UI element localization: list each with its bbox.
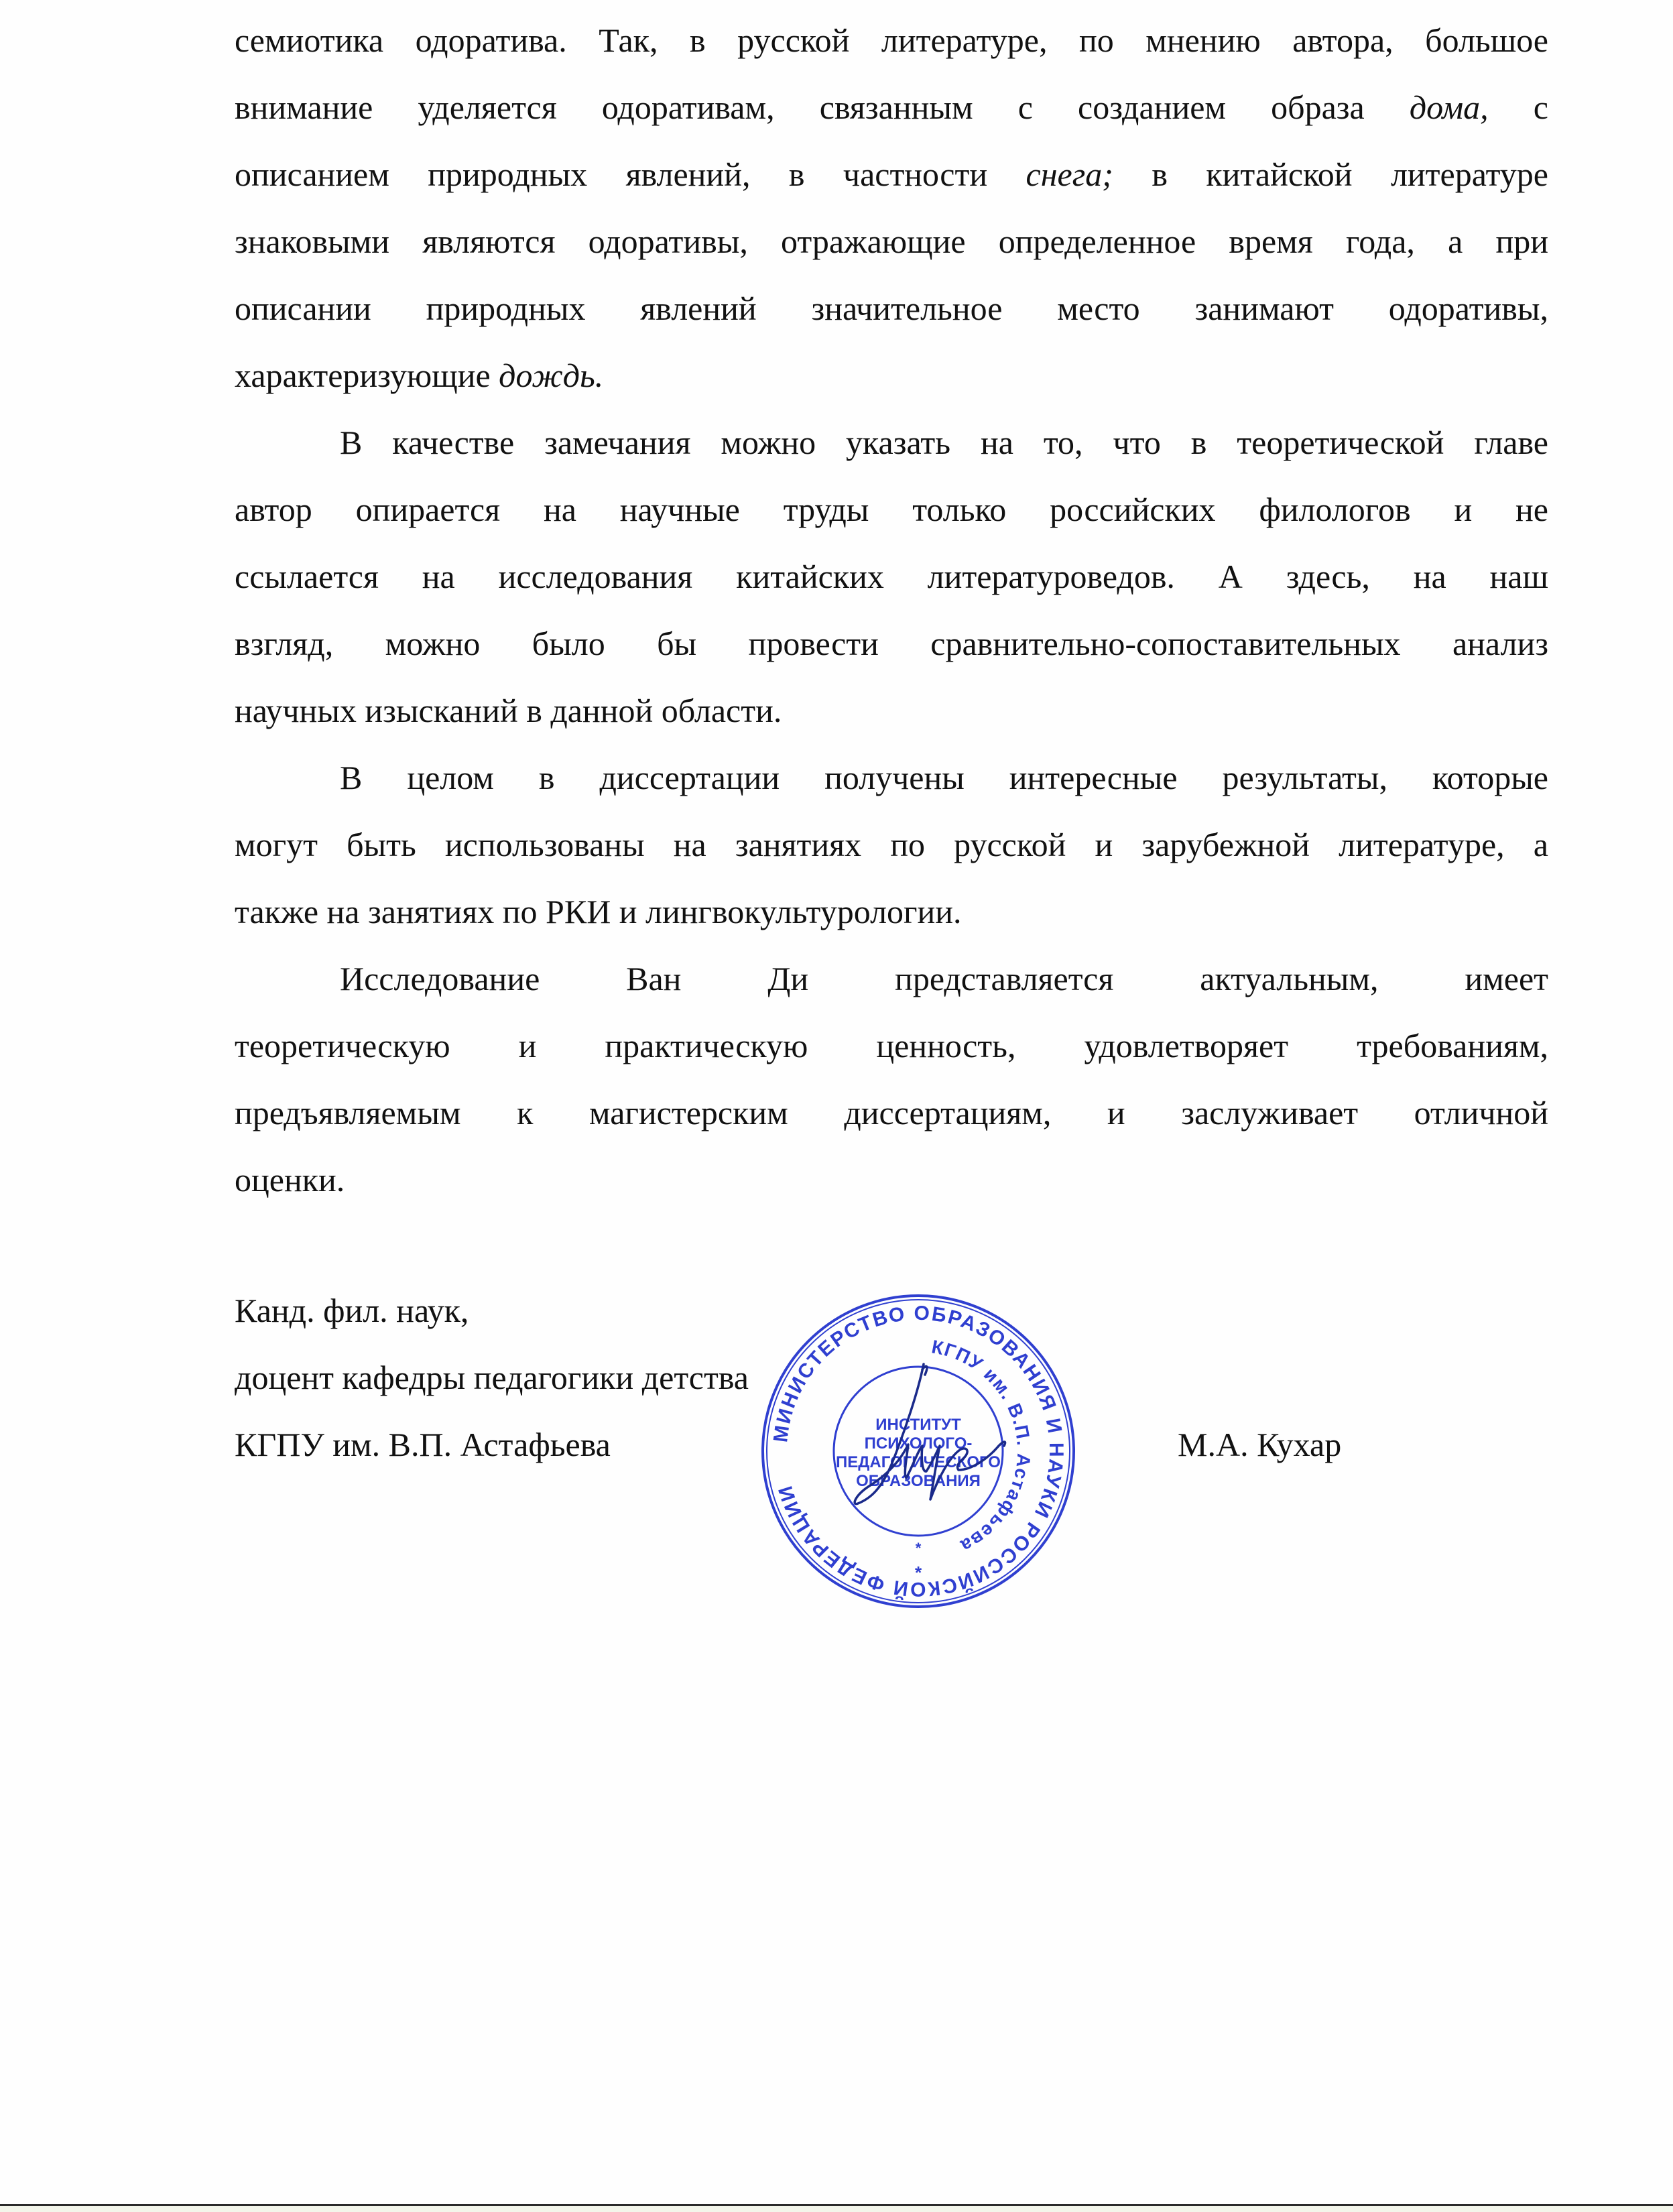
stamp-center-line: ИНСТИТУТ — [875, 1416, 961, 1434]
italic-term: дождь. — [499, 357, 603, 394]
text-line: ссылается на исследования китайских лите… — [235, 543, 1548, 610]
text-line: Исследование Ван Ди представляется актуа… — [235, 945, 1548, 1012]
text-run: В целом в диссертации получены интересны… — [340, 759, 1548, 796]
text-run: автор опирается на научные труды только … — [235, 491, 1548, 528]
text-run: семиотика одоратива. Так, в русской лите… — [235, 21, 1548, 59]
text-run: описанием природных явлений, в частности — [235, 156, 1026, 193]
text-line: предъявляемым к магистерским диссертация… — [235, 1079, 1548, 1146]
text-run: в китайской литературе — [1113, 156, 1548, 193]
text-run: теоретическую и практическую ценность, у… — [235, 1027, 1548, 1064]
text-run: ссылается на исследования китайских лите… — [235, 558, 1548, 595]
paragraph: Исследование Ван Ди представляется актуа… — [235, 945, 1548, 1213]
paragraph: семиотика одоратива. Так, в русской лите… — [235, 7, 1548, 409]
text-line: В качестве замечания можно указать на то… — [235, 409, 1548, 476]
text-line: также на занятиях по РКИ и лингвокультур… — [235, 878, 1548, 945]
text-line: взгляд, можно было бы провести сравнител… — [235, 610, 1548, 677]
text-run: с — [1489, 88, 1548, 126]
text-line: автор опирается на научные труды только … — [235, 476, 1548, 543]
text-run: Исследование Ван Ди представляется актуа… — [340, 960, 1548, 997]
text-line: характеризующие дождь. — [235, 342, 1548, 409]
stamp-seal-icon: МИНИСТЕРСТВО ОБРАЗОВАНИЯ И НАУКИ РОССИЙС… — [757, 1290, 1079, 1612]
text-line: В целом в диссертации получены интересны… — [235, 744, 1548, 811]
text-run: внимание уделяется одоративам, связанным… — [235, 88, 1410, 126]
text-line: внимание уделяется одоративам, связанным… — [235, 74, 1548, 141]
text-line: могут быть использованы на занятиях по р… — [235, 811, 1548, 878]
text-run: знаковыми являются одоративы, отражающие… — [235, 223, 1548, 260]
paragraph: В целом в диссертации получены интересны… — [235, 744, 1548, 945]
text-line: знаковыми являются одоративы, отражающие… — [235, 208, 1548, 275]
text-run: описании природных явлений значительное … — [235, 290, 1548, 327]
text-line: теоретическую и практическую ценность, у… — [235, 1012, 1548, 1079]
text-run: также на занятиях по РКИ и лингвокультур… — [235, 893, 962, 930]
text-line: научных изысканий в данной области. — [235, 677, 1548, 744]
text-run: оценки. — [235, 1161, 345, 1199]
stamp-center-line: ПСИХОЛОГО- — [865, 1434, 973, 1453]
paragraph: В качестве замечания можно указать на то… — [235, 409, 1548, 744]
official-stamp: МИНИСТЕРСТВО ОБРАЗОВАНИЯ И НАУКИ РОССИЙС… — [757, 1290, 1079, 1612]
text-line: описанием природных явлений, в частности… — [235, 141, 1548, 208]
text-line: оценки. — [235, 1146, 1548, 1213]
text-run: предъявляемым к магистерским диссертация… — [235, 1094, 1548, 1131]
stamp-star-icon: * — [915, 1562, 922, 1583]
stamp-center-line: ПЕДАГОГИЧЕСКОГО — [836, 1453, 1001, 1471]
text-run: научных изысканий в данной области. — [235, 692, 782, 729]
text-run: могут быть использованы на занятиях по р… — [235, 826, 1548, 863]
scan-bottom-edge — [0, 2204, 1673, 2212]
text-run: характеризующие — [235, 357, 499, 394]
text-run: В качестве замечания можно указать на то… — [340, 424, 1548, 461]
stamp-inner-star-icon: * — [916, 1540, 922, 1556]
italic-term: снега; — [1026, 156, 1113, 193]
italic-term: дома, — [1410, 88, 1489, 126]
signer-name: М.А. Кухар — [1178, 1411, 1341, 1478]
text-line: семиотика одоратива. Так, в русской лите… — [235, 7, 1548, 74]
text-line: описании природных явлений значительное … — [235, 275, 1548, 342]
scanned-page: семиотика одоратива. Так, в русской лите… — [0, 0, 1673, 2212]
body-text: семиотика одоратива. Так, в русской лите… — [235, 7, 1548, 1213]
text-run: взгляд, можно было бы провести сравнител… — [235, 625, 1548, 662]
